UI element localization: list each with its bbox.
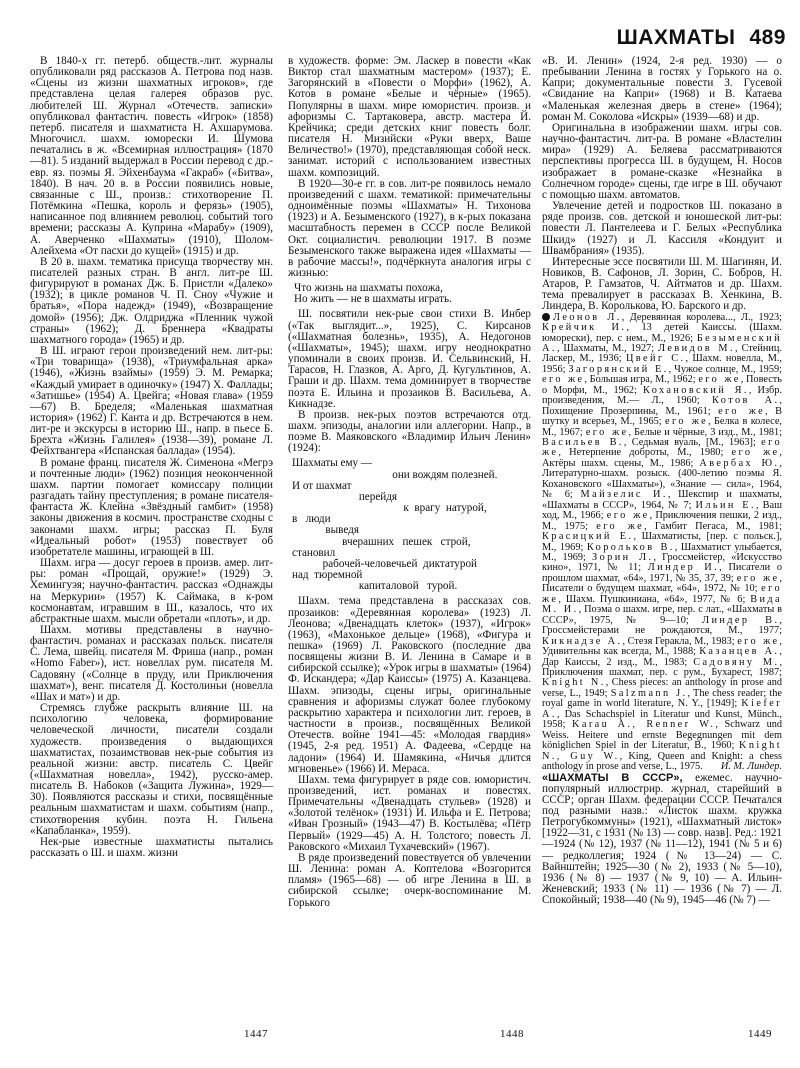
bibliography-author: Садовяну М. (693, 657, 779, 668)
paragraph: Увлечение детей и подростков Ш. показано… (542, 201, 782, 257)
bibliography-author: Казанцев А. (699, 646, 779, 657)
entry-shakhmaty-v-sssr: «ШАХМАТЫ В СССР», ежемес. научно-популяр… (542, 773, 782, 907)
bibliography-reference: , Нетерпение доброты, М., 1980; (558, 447, 731, 458)
column-number-2: 1448 (500, 1028, 524, 1040)
bibliography-reference: , Шахм. Пушкиниана, «64», 1977, № 6; (558, 594, 750, 605)
column-number-1: 1447 (244, 1028, 268, 1040)
poem-line: выведя (292, 525, 531, 536)
bibliography-author: Ильин Е. (696, 500, 756, 511)
paragraph: Шахм. тема фигурирует в ряде сов. юморис… (288, 775, 531, 853)
bibliography-author: Karau A., Renner W. (572, 719, 715, 730)
entry-text: ежемес. научно-популярный иллюстрир. жур… (542, 772, 782, 907)
bibliography-author: его же (732, 447, 780, 458)
bibliography-reference: , Гамбит Пегаса, М., 1981; (644, 521, 782, 532)
bibliography-author: его же (665, 416, 708, 427)
paragraph: В ряде произведений повествуется об увле… (288, 853, 531, 909)
bibliography-author: Knight N. (542, 677, 606, 688)
header-page-number: 489 (749, 26, 786, 49)
bibliography-author: Авербах Ю. (699, 458, 779, 469)
bibliography-author: его же (596, 521, 644, 532)
paragraph: В 1920—30-е гг. в сов. лит-ре появилось … (288, 179, 531, 279)
bibliography-entries: Леонов Л., Деревянная королева..., Л., 1… (542, 312, 782, 772)
poem-line: капиталовой турой. (292, 581, 531, 592)
bibliography-author: Salzmann J. (611, 688, 688, 699)
column-2: в художеств. форме: Эм. Ласкер в повести… (288, 56, 531, 909)
verse-quote: Что жизнь на шахматы похожа, Но жить — н… (294, 283, 531, 305)
bibliography-author: Линдер И. (648, 562, 719, 573)
bibliography-author: его же (737, 573, 780, 584)
bibliography-author: Корольков В. (587, 542, 675, 553)
poem-quote: Шахматы ему — они вождям полезней. И от … (292, 458, 531, 592)
bibliography-reference: , Деревянная королева..., Л., 1923; (622, 312, 782, 323)
paragraph: Оригинальна в изображении шахм. игры сов… (542, 123, 782, 201)
paragraph: В 20 в. шахм. тематика присуща творчеств… (30, 257, 273, 346)
bibliography-author: Крейчик И. (542, 322, 626, 333)
column-3: «В. И. Ленин» (1924, 2-я ред. 1930) — о … (542, 56, 782, 906)
bibliography-author: Линдер В. (702, 615, 779, 626)
bibliography-author: Красицкий Е. (542, 531, 633, 542)
bibliography-author: его же (607, 510, 650, 521)
paragraph: Шахм. игра — досуг героев в произв. амер… (30, 558, 273, 625)
bibliography-reference: , Седьмая вуаль, [М., 1963]; (624, 437, 761, 448)
bibliography-author: Зорин Л. (592, 552, 653, 563)
poem-line: Шахматы ему — (292, 458, 531, 469)
paragraph: Шахм. мотивы представлены в научно-фанта… (30, 625, 273, 703)
header-title: ШАХМАТЫ (617, 26, 736, 49)
bibliography-author: Левидов М. (658, 343, 735, 354)
paragraph: Ш. посвятили нек-рые свои стихи В. Инбер… (288, 309, 531, 409)
bibliography-author: Кохановский Я. (643, 385, 749, 396)
column-number-3: 1449 (748, 1028, 772, 1040)
paragraph: «В. И. Ленин» (1924, 2-я ред. 1930) — о … (542, 56, 782, 123)
bibliography-author: его же (737, 636, 779, 647)
bibliography-author: Васильев В. (542, 437, 624, 448)
bibliography-reference: , Большая игра, М., 1962; (584, 374, 698, 385)
bibliography-author: его же (586, 427, 629, 438)
column-1: В 1840-х гг. петерб. обществ.-лит. журна… (30, 56, 273, 859)
paragraph: В Ш. играют герои произведений нем. лит-… (30, 346, 273, 458)
bibliography-author: Загорянский Е. (568, 364, 668, 375)
bibliography-reference: , Белые и чёрные, 3 изд., М., 1981; (628, 427, 782, 438)
bibliography-author: Майзелис И. (581, 489, 668, 500)
bibliography-bullet-icon (542, 313, 550, 321)
paragraph: Шахм. тема представлена в рассказах сов.… (288, 596, 531, 775)
bibliography: Леонов Л., Деревянная королева..., Л., 1… (542, 313, 782, 773)
bibliography-reference: , Чужое солнце, М., 1959; (669, 364, 782, 375)
paragraph: В романе франц. писателя Ж. Сименона «Ме… (30, 458, 273, 558)
paragraph: В произв. нек-рых поэтов встречаются отд… (288, 410, 531, 455)
bibliography-reference: , Стезя Геракла, М., 1983; (622, 636, 737, 647)
bibliography-author: Леонов Л. (553, 312, 622, 323)
paragraph: Нек-рые известные шахматисты пытались ра… (30, 837, 273, 859)
paragraph: Стремясь глубже раскрыть влияние Ш. на п… (30, 703, 273, 837)
verse-line: Но жить — не в шахматы играть. (294, 294, 531, 305)
paragraph: в художеств. форме: Эм. Ласкер в повести… (288, 56, 531, 179)
running-header: ШАХМАТЫ489 (617, 26, 786, 50)
paragraph: В 1840-х гг. петерб. обществ.-лит. журна… (30, 56, 273, 257)
bibliography-author: его же (542, 374, 584, 385)
bibliography-author: его же (698, 374, 740, 385)
bibliography-author: его же (718, 406, 765, 417)
bibliography-author: Кикнадзе А. (542, 636, 622, 647)
bibliography-author: Котов А. (712, 395, 779, 406)
paragraph: Интересные эссе посвятили Ш. М. Шагинян,… (542, 257, 782, 313)
bibliography-reference: , Шахматы, М., 1927; (557, 343, 658, 354)
bibliography-author: Цвейг С. (626, 353, 686, 364)
